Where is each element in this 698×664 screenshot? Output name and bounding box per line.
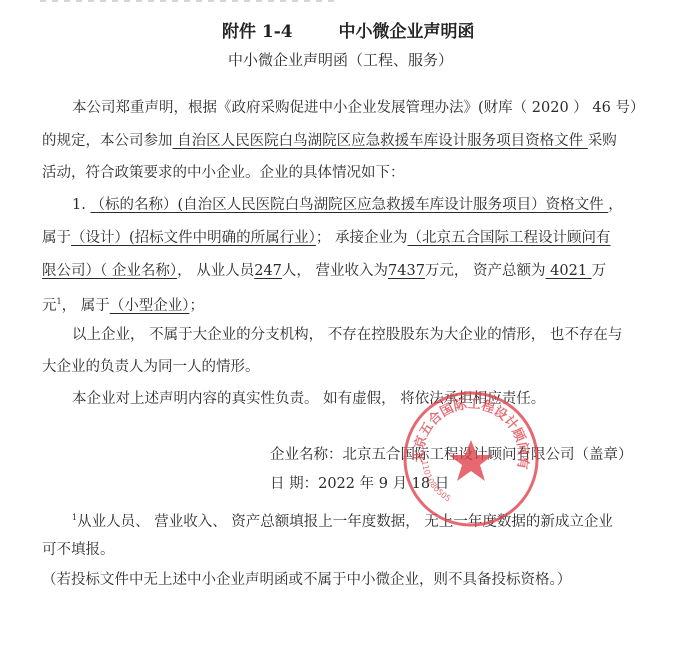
- eligibility-note: （若投标文件中无上述中小企业声明函或不属于中小微企业，则不具备投标资格。）: [42, 570, 571, 590]
- title-text: 中小微企业声明函: [338, 22, 474, 42]
- item-number: 1.: [72, 197, 86, 213]
- revenue-value: 7437: [388, 263, 425, 279]
- label-text: 属于: [42, 230, 71, 246]
- statement-line-2: 大企业的负责人为同一人的情形。: [42, 357, 260, 377]
- industry: （设计）(招标文件中明确的所属行业）: [71, 230, 316, 246]
- cropped-top-text: [40, 0, 340, 2]
- label-text: 人， 营业收入为: [282, 263, 388, 279]
- footnote-text: 从业人员、 营业收入、 资产总额填报上一年度数据， 无上一年度数据的新成立企业: [77, 514, 613, 530]
- signature-date: 日 期：2022 年 9 月 18 日: [270, 474, 449, 494]
- enterprise-type: （小型企业）: [110, 298, 190, 314]
- label-text: 万元， 资产总额为: [425, 263, 546, 279]
- assets-value: 4021: [546, 263, 592, 279]
- label-text: ， 从业人员: [177, 263, 254, 279]
- responsibility-statement: 本企业对上述声明内容的真实性负责。 如有虚假， 将依法承担相应责任。: [72, 389, 545, 409]
- item-1-line-1: 1. （标的名称）(自治区人民医院白鸟湖院区应急救援车库设计服务项目）资格文件 …: [72, 195, 623, 215]
- declaration-text: 采购: [588, 133, 617, 149]
- company-name-part2: 限公司）（ 企业名称）: [42, 263, 177, 279]
- punctuation: ；: [189, 298, 204, 314]
- signature-company: 企业名称：北京五合国际工程设计顾问有限公司（盖章）: [270, 445, 633, 465]
- item-1-line-2: 属于（设计）(招标文件中明确的所属行业）； 承接企业为（北京五合国际工程设计顾问…: [42, 228, 611, 248]
- declaration-line-3: 活动，符合政策要求的中小企业。企业的具体情况如下：: [42, 163, 405, 183]
- declaration-line-2: 的规定，本公司参加 自治区人民医院白鸟湖院区应急救援车库设计服务项目资格文件 采…: [42, 131, 617, 151]
- label-text: 元: [42, 298, 57, 314]
- statement-line-1: 以上企业， 不属于大企业的分支机构， 不存在控股股东为大企业的情形， 也不存在与: [72, 325, 622, 345]
- label-text: ， 属于: [62, 298, 110, 314]
- footnote-line-1: 1从业人员、 营业收入、 资产总额填报上一年度数据， 无上一年度数据的新成立企业: [72, 508, 613, 532]
- subtitle: 中小微企业声明函（工程、服务）: [228, 50, 453, 70]
- declaration-text: 的规定，本公司参加: [42, 133, 173, 149]
- attachment-label: 附件 1-4: [222, 22, 293, 42]
- employees-value: 247: [254, 263, 282, 279]
- item-1-line-4: 元1， 属于（小型企业）；: [42, 292, 204, 316]
- punctuation: ，: [608, 197, 623, 213]
- declaration-line-1: 本公司郑重声明，根据《政府采购促进中小企业发展管理办法》(财库（ 2020 ） …: [72, 98, 644, 118]
- company-name-part1: （北京五合国际工程设计顾问有: [408, 230, 611, 246]
- subject-name: （标的名称）(自治区人民医院白鸟湖院区应急救援车库设计服务项目）资格文件: [90, 197, 608, 213]
- project-name: 自治区人民医院白鸟湖院区应急救援车库设计服务项目资格文件: [173, 133, 588, 149]
- footnote-line-2: 可不填报。: [42, 540, 115, 560]
- label-text: 万: [592, 263, 607, 279]
- page-title: 附件 1-4 中小微企业声明函: [222, 22, 474, 42]
- label-text: ； 承接企业为: [316, 230, 408, 246]
- item-1-line-3: 限公司）（ 企业名称）， 从业人员247人， 营业收入为7437万元， 资产总额…: [42, 261, 606, 281]
